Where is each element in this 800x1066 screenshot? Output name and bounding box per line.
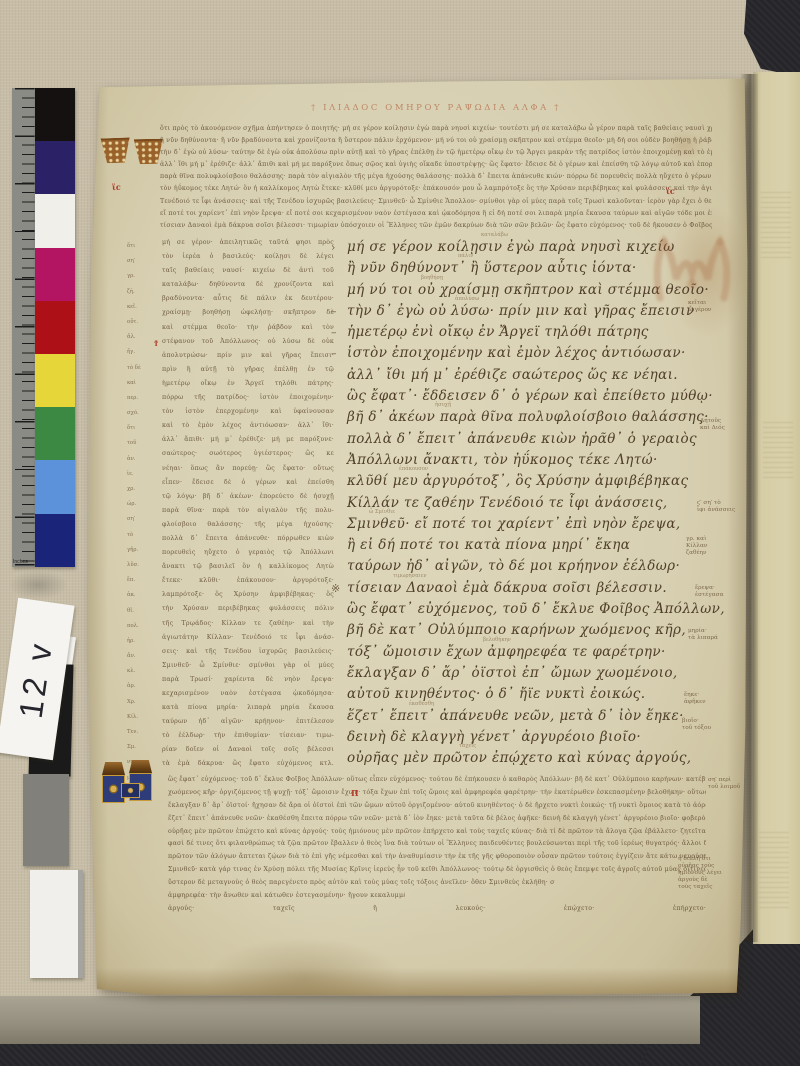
verse-text: Κίλλάν τε ζαθέην Τενέδοιό τε ἶφι ἀνάσσει… (347, 495, 668, 511)
scholia-line: ἁγιωτάτην Κίλλαν· Τενέδοιό τε ἶφι ἀνάσ- (162, 631, 334, 645)
scholia-line: ἀλλ᾽ ἄπιθι· μή μ᾽ ἐρέθιζε· μή με παρόξυν… (162, 433, 334, 447)
shrine-roof (102, 762, 125, 775)
gutter-note: χρ. (127, 482, 161, 497)
gutter-note: Σμ. (127, 740, 161, 755)
verse-text: βῆ δὲ κατ᾽ Οὐλύμποιο καρήνων χωόμενος κῆ… (347, 622, 686, 638)
margin-gloss: μηρία· τὰ λιπαρά (688, 628, 748, 642)
page-wrap: † ΙΛΙΑΔΟϹ ΟΜΗΡΟΥ ΡΑΨΩΔΙΑ ΑΛΦΑ † ὅτι πρὸς… (0, 0, 800, 1066)
gutter-note: ἔπ. (127, 573, 161, 588)
scholia-line: Σμινθεῦ· κατὰ γάρ τινας ἐν Χρύσῃ πόλει τ… (168, 864, 706, 877)
color-patch (35, 407, 75, 460)
verse-line: ὣς ἔφατ᾽ εὐχόμενος, τοῦ δ᾽ ἔκλυε Φοῖβος … (347, 599, 719, 620)
verse-text: τίσειαν Δαναοὶ ἐμὰ δάκρυα σοῖσι βέλεσσιν… (347, 580, 667, 596)
scholia-line: Σμινθεῦ· ὦ Σμίνθιε· σμίνθοι γὰρ οἱ μύες (162, 659, 334, 673)
scholia-line: τῆς Τρῳάδος· Κίλλαν τε ζαθέην· καὶ τὴν (162, 617, 334, 631)
verse-text: ἀλλ᾽ ἴθι μή μ᾽ ἐρέθιζε σαώτερος ὥς κε νέ… (347, 367, 678, 383)
ruler-inches-label: Inches (13, 559, 28, 565)
scholia-line: εἶπεν· ἔδεισε δὲ ὁ γέρων καὶ ἐπείσθη (162, 476, 334, 490)
photo-canvas: † ΙΛΙΑΔΟϹ ΟΜΗΡΟΥ ΡΑΨΩΔΙΑ ΑΛΦΑ † ὅτι πρὸς… (0, 0, 800, 1066)
scholia-line: φασὶ δέ τινες ὅτι φιλανθρώπως τὰ ζῷα πρῶ… (168, 838, 706, 851)
gutter-note: ἀρ. (127, 679, 161, 694)
margin-gloss: Λητοῦς καὶ Διός (700, 418, 760, 432)
scholia-line: ἀμφηρεφέα· τὴν ἄνωθεν καὶ κάτωθεν ἐστεγα… (168, 890, 405, 903)
color-patch (35, 248, 75, 301)
red-nomen-sacrum-left: ϊϲ (112, 182, 121, 192)
scholia-line: ἀπολυτρώσω· πρίν μιν καὶ γῆρας ἔπεισι· (162, 349, 334, 363)
scholia-line: Τενέδοιό τε ἶφι ἀνάσσεις· καὶ τῆς Τενέδο… (160, 196, 712, 208)
scholia-line: ἢ νῦν δηθύνοντα· ἢ νῦν βραδύνοντα καὶ χρ… (160, 135, 712, 147)
shrine-center-panel (121, 783, 140, 798)
scholia-line: κατὰ πίονα μηρία· λιπαρὰ μηρία ἔκαυσα (162, 701, 334, 715)
margin-gloss: ση′ περὶ τοῦ λοιμοῦ (708, 777, 768, 791)
verse-line: ἕζετ᾽ ἔπειτ᾽ ἀπάνευθε νεῶν, μετὰ δ᾽ ἰὸν … (347, 706, 719, 727)
scholia-line: τὸν ἱερέα ὁ βασιλεύς· κοίλῃσι δὲ λέγει (162, 250, 334, 264)
verse-text: βῆ δ᾽ ἀκέων παρὰ θῖνα πολυφλοίσβοιο θαλά… (347, 409, 709, 425)
interlinear-gloss: καταλάβω (481, 232, 508, 238)
scholia-line: στέφανον τοῦ Ἀπόλλωνος· οὐ λύσω δὲ οὐκ (162, 335, 334, 349)
verse-line: βῆ δ᾽ ἀκέων παρὰ θῖνα πολυφλοίσβοιο θαλά… (347, 407, 719, 428)
gutter-note: κλ. (127, 664, 161, 679)
interlinear-gloss: πάλιν (458, 253, 473, 259)
margin-gloss: βιοῖο· τοῦ τόξου (682, 718, 742, 732)
gutter-note: γῆρ. (127, 543, 161, 558)
headpiece-ornament-left (101, 138, 131, 164)
scholia-line: τὴν Χρύσαν περιβέβηκας φυλάσσεις πόλιν (162, 602, 334, 616)
red-nomen-sacrum-right: ϊϲ (666, 186, 675, 196)
verse-line: αὐτοῦ κινηθέντος· ὁ δ᾽ ἤϊε νυκτὶ ἐοικώς. (347, 684, 719, 705)
color-patch (35, 141, 75, 194)
interlinear-gloss: ἐπάκουσον (399, 466, 428, 472)
verse-text: τὴν δ᾽ ἐγὼ οὐ λύσω· πρίν μιν καὶ γῆρας ἔ… (347, 303, 695, 319)
scholia-line: ταύρων ἠδ᾽ αἰγῶν· κρήηνον· ἐπιτέλεσον (162, 715, 334, 729)
manuscript-page-12v: † ΙΛΙΑΔΟϹ ΟΜΗΡΟΥ ΡΑΨΩΔΙΑ ΑΛΦΑ † ὅτι πρὸς… (85, 76, 750, 1002)
margin-gloss: γρ. καὶ Κίλλαν ζαθέην (686, 536, 746, 557)
verse-text: ἡμετέρῳ ἐνὶ οἴκῳ ἐν Ἄργεϊ τηλόθι πάτρης (347, 324, 649, 340)
verse-line: – ἡμετέρῳ ἐνὶ οἴκῳ ἐν Ἄργεϊ τηλόθι πάτρη… (347, 322, 719, 343)
gutter-notes-column: ὅτιση′γρ.ζή.κεῖ.οὕτ.ἄλ.ἤγ.τὸ δὲκαὶπερ.σχ… (127, 239, 161, 786)
color-patch (35, 460, 75, 513)
verse-text: ὣς ἔφατ᾽ εὐχόμενος, τοῦ δ᾽ ἔκλυε Φοῖβος … (347, 601, 725, 617)
verse-text: οὐρῆας μὲν πρῶτον ἐπῴχετο καὶ κύνας ἀργο… (347, 750, 692, 766)
verse-line: ἢ εἰ δή ποτέ τοι κατὰ πίονα μηρί᾽ ἔκηα (347, 535, 719, 556)
critical-sign: – (331, 301, 337, 322)
scholia-line: πόρρω τῆς πατρίδος· ἱστὸν ἐποιχομένην· (162, 391, 334, 405)
scholia-line: πολλὰ δ᾽ ἔπειτα ἀπάνευθε· πόρρωθεν κιὼν (162, 532, 334, 546)
verse-line: ὣς ἔφατ᾽· ἔδδεισεν δ᾽ ὁ γέρων καὶ ἐπείθε… (347, 386, 719, 407)
scholia-line: πορευθεὶς ηὔχετο ὁ γεραιὸς τῷ Ἀπόλλωνι (162, 546, 334, 560)
interlinear-gloss: βελοθήκην (483, 637, 511, 643)
headpiece-ornament-right (134, 139, 163, 165)
verse-text: ἕζετ᾽ ἔπειτ᾽ ἀπάνευθε νεῶν, μετὰ δ᾽ ἰὸν … (347, 708, 684, 724)
shadow-smudge (8, 570, 68, 600)
interlinear-gloss: ἡσυχῇ (435, 402, 451, 408)
scholia-line: πρὶν ἢ αὐτῇ τὸ γῆρας ἐπέλθῃ ἐν τῷ (162, 363, 334, 377)
critical-sign: › (331, 237, 336, 258)
gutter-note: ἀκ. (127, 588, 161, 603)
gutter-note: τοῦ (127, 436, 161, 451)
gray-strip (23, 774, 69, 866)
gutter-note: θῖ. (127, 604, 161, 619)
color-patch (35, 88, 75, 141)
verse-text: αὐτοῦ κινηθέντος· ὁ δ᾽ ἤϊε νυκτὶ ἐοικώς. (347, 686, 645, 702)
showthrough-ornament-M (651, 234, 733, 308)
verse-text: μή σε γέρον κοίλῃσιν ἐγὼ παρὰ νηυσὶ κιχε… (347, 239, 675, 255)
main-text-iliad: › μή σε γέρον κοίλῃσιν ἐγὼ παρὰ νηυσὶ κι… (347, 237, 719, 769)
color-patch (35, 301, 75, 354)
top-scholia-block: ὅτι πρὸς τὸ ἀκουόμενον σχῆμα ἀπήντησεν ὁ… (160, 123, 712, 232)
gutter-note: οὕτ. (127, 315, 161, 330)
verse-text: Σμινθεῦ· εἴ ποτέ τοι χαρίεντ᾽ ἐπὶ νηὸν ἔ… (347, 516, 681, 532)
color-patch (35, 194, 75, 247)
verse-line: ἔκλαγξαν δ᾽ ἄρ᾽ ὀϊστοὶ ἐπ᾽ ὤμων χωομένοι… (347, 663, 719, 684)
left-scholia-block: μή σε γέρον· ἀπειλητικῶς ταῦτά φησι πρὸς… (162, 236, 334, 772)
critical-sign: ※ (331, 578, 341, 599)
scholia-line: φλοίσβοιο θαλάσσης· τῆς μέγα ἠχούσης· (162, 518, 334, 532)
gutter-note: ἀν. (127, 452, 161, 467)
scholia-line: ἀλλ᾽ ἴθι μή μ᾽ ἐρέθιζε· ἀλλ᾽ ἄπιθι καὶ μ… (160, 159, 712, 171)
verse-text: τόξ᾽ ὤμοισιν ἔχων ἀμφηρεφέα τε φαρέτρην· (347, 644, 666, 660)
scholia-line: μή σε γέρον· ἀπειλητικῶς ταῦτά φησι πρὸς (162, 236, 334, 250)
color-calibration-bar (35, 88, 75, 567)
scholia-line: σαώτερος· σωότερος ὑγιέστερος· ὥς κε (162, 447, 334, 461)
verse-text: Ἀπόλλωνι ἄνακτι, τὸν ἠΰκομος τέκε Λητώ· (347, 452, 658, 468)
scholia-line: ἔτεκε· κλῦθι· ἐπάκουσον· ἀργυρότοξε· (162, 574, 334, 588)
gutter-note: ἱε. (127, 467, 161, 482)
scholia-line: ὕστερον δὲ μεταγνοὺς ὁ θεὸς παρεγένετο π… (168, 877, 555, 890)
interlinear-gloss: τιμωρήσαιεν (393, 573, 427, 579)
scholia-line: ὣς ἔφατ᾽ εὐχόμενος· τοῦ δ᾽ ἔκλυε Φοῖβος … (168, 774, 706, 787)
gutter-note: πολ. (127, 619, 161, 634)
bottom-scholia-block: ὣς ἔφατ᾽ εὐχόμενος· τοῦ δ᾽ ἔκλυε Φοῖβος … (168, 774, 706, 916)
verse-text: δεινὴ δὲ κλαγγὴ γένετ᾽ ἀργυρέοιο βιοῖο· (347, 729, 641, 745)
margin-gloss: ϛ′ ση′ τὸ ἶφι ἀνάσσεις (697, 500, 757, 514)
scholia-line: ὅτι πρὸς τὸ ἀκουόμενον σχῆμα ἀπήντησεν ὁ… (160, 123, 712, 135)
scholia-line: οὐρῆας μὲν πρῶτον ἐπῴχετο καὶ κύνας ἀργο… (168, 826, 706, 839)
interlinear-gloss: ὦ Σμίνθιε (369, 509, 395, 515)
scholia-line: χωόμενος κῆρ· ὀργιζόμενος τῇ ψυχῇ· τόξ᾽ … (168, 787, 706, 800)
verse-text: πολλὰ δ᾽ ἔπειτ᾽ ἀπάνευθε κιὼν ἠρᾶθ᾽ ὁ γε… (347, 431, 697, 447)
gutter-note: ζή. (127, 285, 161, 300)
white-strip (30, 870, 83, 978)
gutter-note: ση′ (127, 512, 161, 527)
gutter-note: ἠρ. (127, 634, 161, 649)
scholia-line: παρὰ Τρωσί· χαρίεντα δὲ νηὸν ἔρεψα· (162, 673, 334, 687)
gutter-note: Τεν. (127, 725, 161, 740)
scholia-line: νέηαι· ὅπως ἂν πορεύῃ· ὣς ἔφατο· οὕτως (162, 462, 334, 476)
parchment-crease (185, 1001, 800, 1061)
gutter-note: τὸ (127, 528, 161, 543)
scholia-line: τὰ ἐμὰ δάκρυα· ὣς ἔφατο εὐχόμενος κτλ. (162, 757, 334, 771)
interlinear-gloss: ἀπολύσω (455, 296, 479, 302)
verse-text: ἔκλαγξαν δ᾽ ἄρ᾽ ὀϊστοὶ ἐπ᾽ ὤμων χωομένοι… (347, 665, 678, 681)
rubric-title: † ΙΛΙΑΔΟϹ ΟΜΗΡΟΥ ΡΑΨΩΔΙΑ ΑΛΦΑ † (311, 103, 671, 113)
verse-line: Σμινθεῦ· εἴ ποτέ τοι χαρίεντ᾽ ἐπὶ νηὸν ἔ… (347, 514, 719, 535)
scholia-line: καὶ στέμμα θεοῖο· τὴν ῥάβδον καὶ τὸν (162, 321, 334, 335)
scholia-line: τὸν ἠΰκομος τέκε Λητώ· ὃν ἡ καλλίκομος Λ… (160, 183, 712, 195)
verse-line: – ἱστὸν ἐποιχομένην καὶ ἐμὸν λέχος ἀντιό… (347, 343, 719, 364)
scholia-line: τὸ ἐέλδωρ· τὴν ἐπιθυμίαν· τίσειαν· τιμω- (162, 729, 334, 743)
gutter-note: τὸ δὲ (127, 361, 161, 376)
scholia-line: τίσειαν Δαναοὶ ἐμὰ δάκρυα σοῖσι βέλεσσι·… (160, 220, 712, 232)
color-patch (35, 354, 75, 407)
scholia-line: καὶ τὸ ἐμὸν λέχος ἀντιόωσαν· ἀλλ᾽ ἴθι· (162, 419, 334, 433)
scholia-line: βραδύνοντα· αὖτις δὲ πάλιν ἐκ δευτέρου· (162, 292, 334, 306)
gutter-note: γρ. (127, 269, 161, 284)
ruler-strip: Inches (12, 88, 35, 567)
margin-gloss: ἔρεψα· ἐστέγασα (695, 585, 755, 599)
scholia-line: τὸν ἱστὸν ἐπερχομένην καὶ ὑφαίνουσαν (162, 405, 334, 419)
scholia-line: πρῶτον τῶν ἀλόγων ἅπτεται ζῴων διὰ τὸ ἐπ… (168, 851, 706, 864)
illuminated-tailpiece (102, 760, 158, 806)
verse-line: τόξ᾽ ὤμοισιν ἔχων ἀμφηρεφέα τε φαρέτρην· (347, 642, 719, 663)
red-initial-pi: Π (351, 788, 359, 798)
verse-line: ἀλλ᾽ ἴθι μή μ᾽ ἐρέθιζε σαώτερος ὥς κε νέ… (347, 365, 719, 386)
scholia-line: εἴ ποτέ τοι χαρίεντ᾽ ἐπὶ νηὸν ἔρεψα· εἴ … (160, 208, 712, 220)
verse-line: δεινὴ δὲ κλαγγὴ γένετ᾽ ἀργυρέοιο βιοῖο· (347, 727, 719, 748)
scholia-line: λαμπρότοξε· ὃς Χρύσην ἀμφιβέβηκας· ὃς (162, 588, 334, 602)
scholia-line: ἀργούς· ταχεῖς ἢ λευκούς· ἐπῴχετο· ἐπήρχ… (168, 903, 706, 916)
scholia-line: χραίσμῃ· βοηθήσῃ ὠφελήσῃ· σκῆπτρον δὲ (162, 306, 334, 320)
scholia-line: ἄνακτι τῷ βασιλεῖ ὃν ἡ καλλίκομος Λητὼ (162, 560, 334, 574)
verse-line: Κίλλάν τε ζαθέην Τενέδοιό τε ἶφι ἀνάσσει… (347, 493, 719, 514)
verse-text: ἢ εἰ δή ποτέ τοι κατὰ πίονα μηρί᾽ ἔκηα (347, 537, 630, 553)
interlinear-gloss: βοηθήσῃ (421, 275, 443, 281)
gutter-note: λῦσ. (127, 558, 161, 573)
verse-text: ὣς ἔφατ᾽· ἔδδεισεν δ᾽ ὁ γέρων καὶ ἐπείθε… (347, 388, 713, 404)
verse-line: κλῦθί μευ ἀργυρότοξ᾽, ὃς Χρύσην ἀμφιβέβη… (347, 471, 719, 492)
verse-text: κλῦθί μευ ἀργυρότοξ᾽, ὃς Χρύσην ἀμφιβέβη… (347, 473, 688, 489)
shrine-roof (129, 760, 152, 773)
gutter-note: ὅτι (127, 239, 161, 254)
gutter-note: ἄν. (127, 649, 161, 664)
scholia-line: παρὰ θῖνα πολυφλοίσβοιο θαλάσσης· παρὰ τ… (160, 171, 712, 183)
critical-sign: – (331, 322, 337, 343)
interlinear-gloss: ταχεῖς (459, 743, 476, 749)
gutter-note: Χρ. (127, 695, 161, 710)
scholia-line: ἔκλαγξαν δ᾽ ἄρ᾽ ὀϊστοί· ἤχησαν δὲ ἄρα οἱ… (168, 800, 706, 813)
scholia-line: σεις· καὶ τῆς Τενέδου ἰσχυρῶς βασιλεύεις… (162, 645, 334, 659)
gutter-note: σχό. (127, 406, 161, 421)
verse-text: ἱστὸν ἐποιχομένην καὶ ἐμὸν λέχος ἀντιόωσ… (347, 345, 686, 361)
gutter-note: ὅτι (127, 421, 161, 436)
gutter-note: Κίλ. (127, 710, 161, 725)
scholia-line: παρὰ θῖνα· παρὰ τὸν αἰγιαλὸν τῆς πολυ- (162, 504, 334, 518)
scholia-line: ἡμετέρῳ οἴκῳ ἐν Ἄργεϊ τηλόθι πάτρης· (162, 377, 334, 391)
verse-line: πολλὰ δ᾽ ἔπειτ᾽ ἀπάνευθε κιὼν ἠρᾶθ᾽ ὁ γε… (347, 429, 719, 450)
folio-number: 12 v (11, 638, 60, 721)
margin-gloss: ἕηκε· ἀφῆκεν (684, 692, 744, 706)
scholia-line: ταῖς βαθείαις ναυσί· κιχείω δὲ ἀντὶ τοῦ (162, 264, 334, 278)
color-patch (35, 514, 75, 567)
verse-line: βῆ δὲ κατ᾽ Οὐλύμποιο καρήνων χωόμενος κῆ… (347, 620, 719, 641)
scholia-line: τὴν δ᾽ ἐγὼ οὐ λύσω· ταύτην δὲ ἐγὼ οὐκ ἀπ… (160, 147, 712, 159)
critical-sign: – (331, 343, 337, 364)
verse-text: ἢ νῦν δηθύνοντ᾽ ἢ ὕστερον αὖτις ἰόντα· (347, 260, 637, 276)
gutter-note: ση′ (127, 254, 161, 269)
red-paragraph-mark: Ϯ (154, 338, 158, 348)
scholia-line: ἕζετ᾽ ἔπειτ᾽ ἀπάνευθε νεῶν· ἐκαθέσθη ἔπε… (168, 813, 706, 826)
verse-line: οὐρῆας μὲν πρῶτον ἐπῴχετο καὶ κύνας ἀργο… (347, 748, 719, 769)
scholia-line: τῷ λόγῳ· βῆ δ᾽ ἀκέων· ἐπορεύετο δὲ ἡσυχῇ (162, 490, 334, 504)
gutter-note: κεῖ. (127, 300, 161, 315)
gutter-note: ὡρ. (127, 497, 161, 512)
verse-line: ※ τίσειαν Δαναοὶ ἐμὰ δάκρυα σοῖσι βέλεσσ… (347, 578, 719, 599)
gutter-note: περ. (127, 391, 161, 406)
scholia-line: ρίαν δοῖεν οἱ Δαναοὶ τοῖς σοῖς βέλεσσι (162, 743, 334, 757)
scholia-line: καταλάβω· δηθύνοντα δὲ χρονίζοντα καὶ (162, 278, 334, 292)
scholia-line: κεχαρισμένον ναὸν ἐστέγασα ᾠκοδόμησα· (162, 687, 334, 701)
interlinear-gloss: ἐκαθέσθη (409, 701, 434, 707)
gutter-note: καὶ (127, 376, 161, 391)
